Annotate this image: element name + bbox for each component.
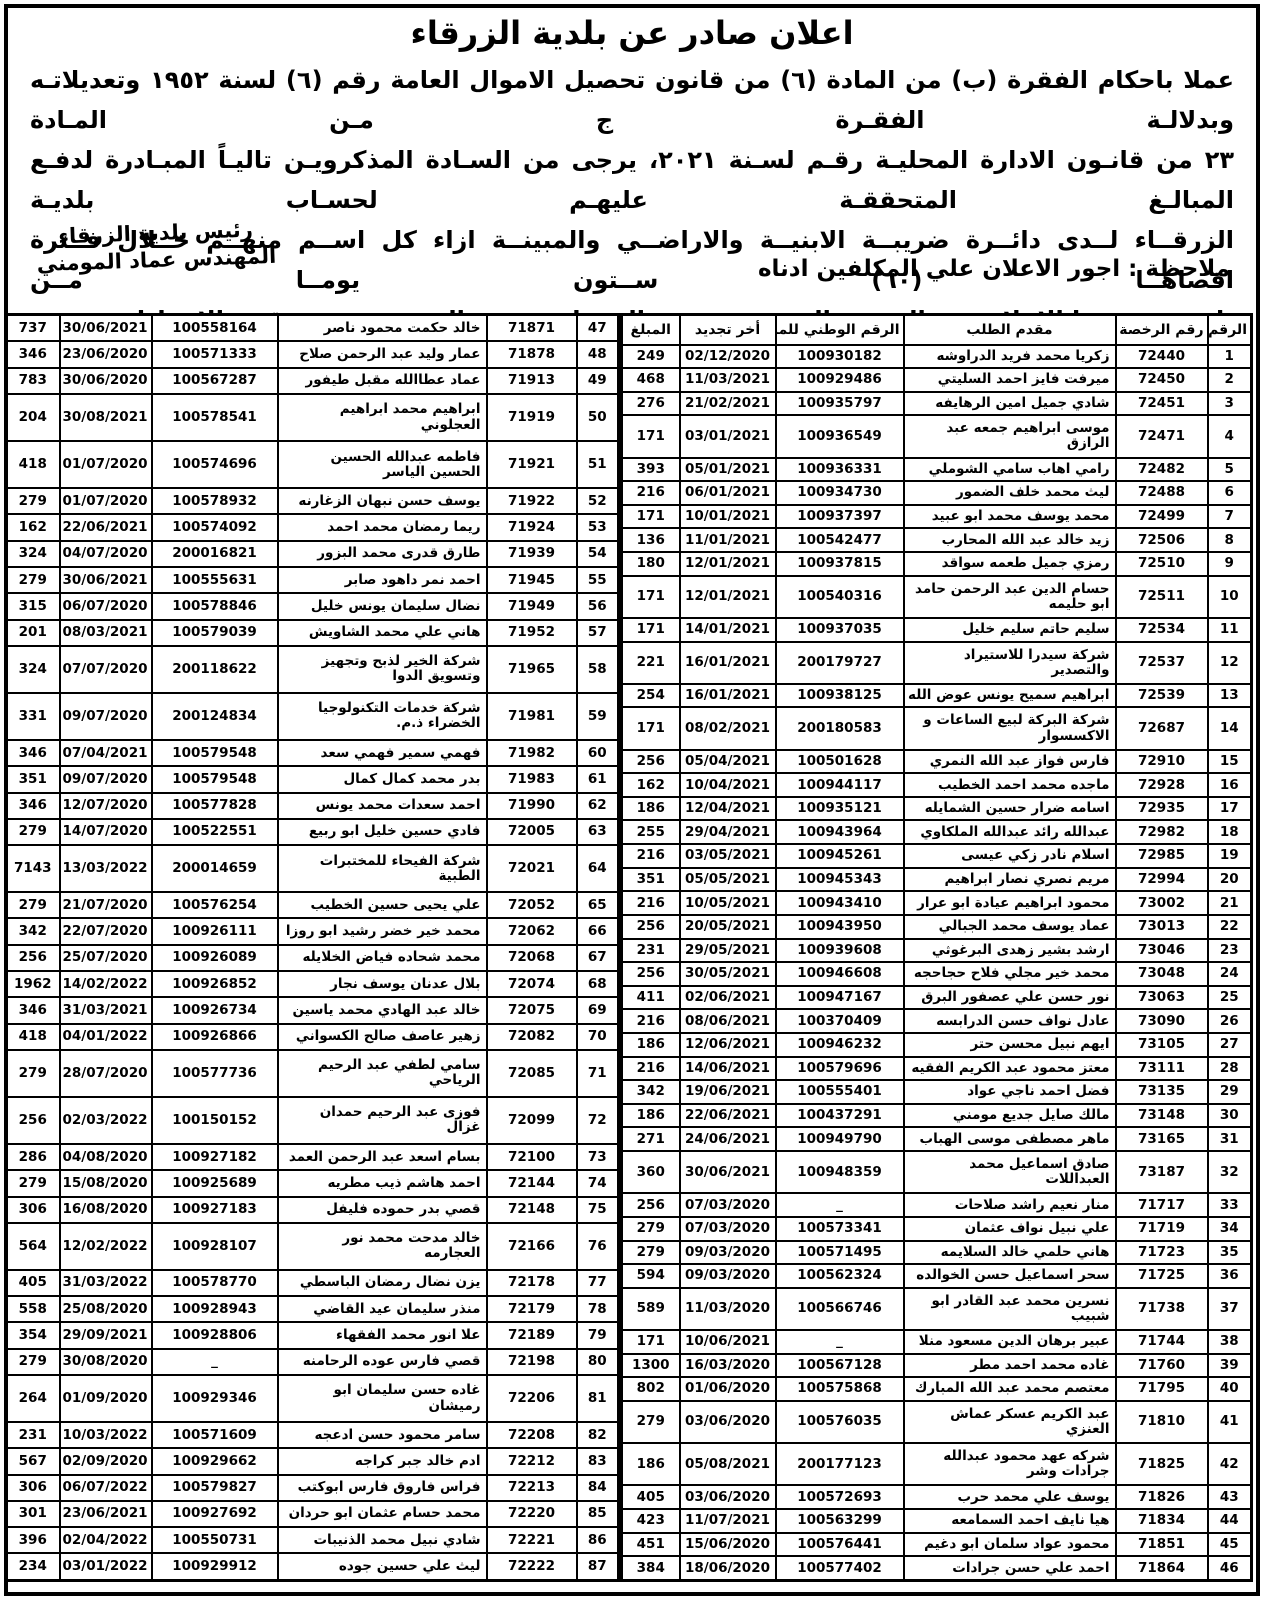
renewal-date-cell: 04/07/2020 [60,541,152,567]
table-row: 7972189علا انور محمد الفقهاء10092880629/… [6,1322,619,1348]
table-row: 8672221شادي نبيل محمد الذنيبات1005507310… [6,1527,619,1553]
national-number-cell: 100555401 [776,1080,904,1104]
license-number-cell: 72499 [1116,505,1208,529]
national-number-cell: 100943410 [776,891,904,915]
renewal-date-cell: 05/04/2021 [680,750,776,774]
table-row: 6071982فهمي سمير فهمي سعد10057954807/04/… [6,740,619,766]
row-number-cell: 16 [1208,773,1252,797]
row-number-cell: 59 [577,693,619,740]
license-number-cell: 72687 [1116,707,1208,749]
applicant-name-cell: شادي نبيل محمد الذنيبات [278,1527,487,1553]
amount-cell: 384 [622,1556,680,1580]
amount-cell: 351 [6,766,60,792]
renewal-date-cell: 08/06/2021 [680,1009,776,1033]
tables-area: الرقم رقم الرخصة مقدم الطلب الرقم الوطني… [11,313,1253,1582]
applicant-name-cell: غاده حسن سليمان ابو رميشان [278,1375,487,1422]
license-number-cell: 72910 [1116,750,1208,774]
renewal-date-cell: 12/01/2021 [680,552,776,576]
row-number-cell: 66 [577,918,619,944]
amount-cell: 204 [6,394,60,441]
license-number-cell: 71760 [1116,1354,1208,1378]
license-number-cell: 72082 [487,1024,577,1050]
renewal-date-cell: 30/08/2021 [60,394,152,441]
applicant-name-cell: احمد سعدات محمد يونس [278,793,487,819]
national-number-cell: 100928943 [152,1296,278,1322]
amount-cell: 567 [6,1448,60,1474]
renewal-date-cell: 25/07/2020 [60,945,152,971]
license-number-cell: 71982 [487,740,577,766]
applicant-name-cell: محمود عواد سلمان ابو دغيم [904,1533,1116,1557]
amount-cell: 405 [6,1270,60,1296]
table-row: 3173165ماهر مصطفى موسى الهباب10094979024… [622,1127,1252,1151]
license-number-cell: 71723 [1116,1241,1208,1265]
national-number-cell: 100572693 [776,1485,904,1509]
row-number-cell: 39 [1208,1354,1252,1378]
table-row: 3871744عبير برهان الدين مسعود منلا_10/06… [622,1330,1252,1354]
table-row: 1872982عبدالله رائد عبدالله الملكاوي1009… [622,820,1252,844]
license-number-cell: 72982 [1116,820,1208,844]
row-number-cell: 45 [1208,1533,1252,1557]
applicant-name-cell: ادم خالد جبر كراجه [278,1448,487,1474]
amount-cell: 171 [622,618,680,642]
table-row: 472471موسى ابراهيم جمعه عبد الرازق100936… [622,415,1252,457]
amount-cell: 1300 [622,1354,680,1378]
row-number-cell: 3 [1208,392,1252,416]
applicant-name-cell: بدر محمد كمال كمال [278,766,487,792]
amount-cell: 1962 [6,971,60,997]
table-row: 1372539ابراهيم سميح يونس عوض الله1009381… [622,684,1252,708]
license-number-cell: 71738 [1116,1288,1208,1330]
national-number-cell: 100577402 [776,1556,904,1580]
license-number-cell: 73105 [1116,1033,1208,1057]
row-number-cell: 44 [1208,1509,1252,1533]
renewal-date-cell: 04/08/2020 [60,1144,152,1170]
license-number-cell: 72213 [487,1475,577,1501]
table-row: 3471719علي نبيل نواف عثمان10057334107/03… [622,1217,1252,1241]
applicant-name-cell: فوزى عبد الرحيم حمدان غزال [278,1097,487,1144]
row-number-cell: 25 [1208,986,1252,1010]
row-number-cell: 2 [1208,368,1252,392]
renewal-date-cell: 16/01/2021 [680,684,776,708]
national-number-cell: 100937397 [776,505,904,529]
renewal-date-cell: 24/06/2021 [680,1127,776,1151]
applicant-name-cell: عبدالله رائد عبدالله الملكاوي [904,820,1116,844]
amount-cell: 306 [6,1475,60,1501]
national-number-cell: 100571609 [152,1422,278,1448]
renewal-date-cell: 23/06/2020 [60,341,152,367]
applicant-name-cell: علا انور محمد الفقهاء [278,1322,487,1348]
table-row: 6572052علي يحيى حسين الخطيب10057625421/0… [6,892,619,918]
license-number-cell: 71871 [487,315,577,342]
license-number-cell: 71717 [1116,1193,1208,1217]
renewal-date-cell: 08/03/2021 [60,620,152,646]
amount-cell: 279 [6,488,60,514]
applicant-name-cell: زكريا محمد فريد الدراوشه [904,345,1116,369]
applicant-name-cell: عبد الكريم عسكر عماش العنزي [904,1401,1116,1443]
applicant-name-cell: فاطمه عبدالله الحسين الحسين الياسر [278,441,487,488]
amount-cell: 216 [622,481,680,505]
amount-cell: 279 [622,1217,680,1241]
applicant-name-cell: ابراهيم محمد ابراهيم العجلوني [278,394,487,441]
renewal-date-cell: 31/03/2021 [60,997,152,1023]
applicant-name-cell: شادي جميل امين الرهايفه [904,392,1116,416]
row-number-cell: 85 [577,1501,619,1527]
license-number-cell: 72179 [487,1296,577,1322]
renewal-date-cell: 30/08/2020 [60,1349,152,1375]
table-row: 6872074بلال عدنان يوسف نجار10092685214/0… [6,971,619,997]
license-number-cell: 72206 [487,1375,577,1422]
table-row: 2773105ايهم نبيل محسن حتر10094623212/06/… [622,1033,1252,1057]
table-row: 8772222ليث علي حسين جوده10092991203/01/2… [6,1553,619,1580]
row-number-cell: 13 [1208,684,1252,708]
applicant-name-cell: رامي اهاب سامي الشوملي [904,458,1116,482]
applicant-name-cell: هاني حلمي خالد السلايمه [904,1241,1116,1265]
license-number-cell: 72189 [487,1322,577,1348]
national-number-cell: 100574092 [152,514,278,540]
national-number-cell: 100579548 [152,740,278,766]
row-number-cell: 4 [1208,415,1252,457]
applicant-name-cell: ماهر مصطفى موسى الهباب [904,1127,1116,1151]
amount-cell: 301 [6,1501,60,1527]
table-row: 5171921فاطمه عبدالله الحسين الحسين الياس… [6,441,619,488]
national-number-cell: 100926734 [152,997,278,1023]
national-number-cell: 100555631 [152,567,278,593]
applicant-name-cell: سامر محمود حسن ادعجه [278,1422,487,1448]
row-number-cell: 26 [1208,1009,1252,1033]
license-number-cell: 71919 [487,394,577,441]
table-row: 8572220محمد حسام عثمان ابو حردان10092769… [6,1501,619,1527]
amount-cell: 162 [6,514,60,540]
applicant-name-cell: شركة البركة لبيع الساعات و الاكسسوار [904,707,1116,749]
row-number-cell: 75 [577,1197,619,1223]
renewal-date-cell: 30/06/2021 [680,1151,776,1193]
renewal-date-cell: 04/01/2022 [60,1024,152,1050]
applicant-name-cell: علي يحيى حسين الخطيب [278,892,487,918]
amount-cell: 256 [622,962,680,986]
amount-cell: 7143 [6,845,60,892]
license-number-cell: 72222 [487,1553,577,1580]
applicant-name-cell: خالد عبد الهادي محمد ياسين [278,997,487,1023]
national-number-cell: 100579548 [152,766,278,792]
national-number-cell: 100571495 [776,1241,904,1265]
renewal-date-cell: 31/03/2022 [60,1270,152,1296]
table-row: 7772178يزن نضال رمضان الباسطي10057877031… [6,1270,619,1296]
amount-cell: 802 [622,1377,680,1401]
amount-cell: 354 [6,1322,60,1348]
row-number-cell: 41 [1208,1401,1252,1443]
amount-cell: 231 [622,939,680,963]
license-number-cell: 73090 [1116,1009,1208,1033]
renewal-date-cell: 14/01/2021 [680,618,776,642]
amount-cell: 216 [622,1057,680,1081]
applicant-name-cell: خالد مدحت محمد نور العجارمه [278,1223,487,1270]
row-number-cell: 35 [1208,1241,1252,1265]
applicant-name-cell: عبير برهان الدين مسعود منلا [904,1330,1116,1354]
table-body-right: 172440زكريا محمد فريد الدراوشه1009301820… [622,345,1252,1581]
table-row: 8072198قصي فارس عوده الرحامنه_30/08/2020… [6,1349,619,1375]
renewal-date-cell: 18/06/2020 [680,1556,776,1580]
amount-cell: 396 [6,1527,60,1553]
amount-cell: 171 [622,415,680,457]
amount-cell: 256 [6,1097,60,1144]
license-number-cell: 72450 [1116,368,1208,392]
applicant-name-cell: محمود ابراهيم عيادة ابو عرار [904,891,1116,915]
national-number-cell: 100571333 [152,341,278,367]
national-number-cell: 100929662 [152,1448,278,1474]
national-number-cell: 200016821 [152,541,278,567]
renewal-date-cell: 02/12/2020 [680,345,776,369]
row-number-cell: 11 [1208,618,1252,642]
renewal-date-cell: 22/06/2021 [60,514,152,540]
national-number-cell: 100540316 [776,576,904,618]
national-number-cell: 100927183 [152,1197,278,1223]
amount-cell: 216 [622,844,680,868]
license-number-cell: 72221 [487,1527,577,1553]
amount-cell: 360 [622,1151,680,1193]
amount-cell: 256 [622,750,680,774]
national-number-cell: 100550731 [152,1527,278,1553]
row-number-cell: 22 [1208,915,1252,939]
renewal-date-cell: 03/01/2021 [680,415,776,457]
renewal-date-cell: 10/04/2021 [680,773,776,797]
national-number-cell: 100150152 [152,1097,278,1144]
license-number-cell: 71921 [487,441,577,488]
row-number-cell: 78 [577,1296,619,1322]
renewal-date-cell: 09/07/2020 [60,693,152,740]
renewal-date-cell: 03/05/2021 [680,844,776,868]
national-number-cell: 100943964 [776,820,904,844]
row-number-cell: 32 [1208,1151,1252,1193]
applicant-name-cell: نسرين محمد عبد القادر ابو شبيب [904,1288,1116,1330]
national-number-cell: 100576254 [152,892,278,918]
renewal-date-cell: 23/06/2021 [60,1501,152,1527]
applicant-name-cell: بلال عدنان يوسف نجار [278,971,487,997]
national-number-cell: 100926866 [152,1024,278,1050]
header-license-number: رقم الرخصة [1116,315,1208,345]
license-number-cell: 72178 [487,1270,577,1296]
table-row: 7472144احمد هاشم ذيب مطريه10092568915/08… [6,1170,619,1196]
applicant-name-cell: صادق اسماعيل محمد العبداللات [904,1151,1116,1193]
amount-cell: 423 [622,1509,680,1533]
row-number-cell: 34 [1208,1217,1252,1241]
amount-cell: 186 [622,797,680,821]
table-row: 4171810عبد الكريم عسكر عماش العنزي100576… [622,1401,1252,1443]
applicant-name-cell: معتز محمود عبد الكريم الفقيه [904,1057,1116,1081]
amount-cell: 279 [6,567,60,593]
license-number-cell: 72212 [487,1448,577,1474]
national-number-cell: 200124834 [152,693,278,740]
table-row: 1072511حسام الدين عبد الرحمن حامد ابو حل… [622,576,1252,618]
applicant-name-cell: اسلام نادر زكي عيسى [904,844,1116,868]
national-number-cell: 100501628 [776,750,904,774]
row-number-cell: 38 [1208,1330,1252,1354]
amount-cell: 451 [622,1533,680,1557]
amount-cell: 279 [6,1349,60,1375]
amount-cell: 249 [622,345,680,369]
table-row: 1172534سليم حاتم سليم خليل10093703514/01… [622,618,1252,642]
national-number-cell: 100947167 [776,986,904,1010]
license-number-cell: 71795 [1116,1377,1208,1401]
table-row: 572482رامي اهاب سامي الشوملي10093633105/… [622,458,1252,482]
table-row: 1572910فارس فواز عبد الله النمري10050162… [622,750,1252,774]
license-number-cell: 72144 [487,1170,577,1196]
amount-cell: 558 [6,1296,60,1322]
renewal-date-cell: 01/07/2020 [60,488,152,514]
applicant-name-cell: زيد خالد عبد الله المحارب [904,528,1116,552]
table-row: 3971760غاده محمد احمد مطر10056712816/03/… [622,1354,1252,1378]
renewal-date-cell: 03/06/2020 [680,1401,776,1443]
table-body-left: 4771871خالد حكمت محمود ناصر10055816430/0… [6,315,619,1581]
license-number-cell: 72208 [487,1422,577,1448]
renewal-date-cell: 09/07/2020 [60,766,152,792]
row-number-cell: 42 [1208,1443,1252,1485]
table-row: 2973135فضل احمد ناجي عواد10055540119/06/… [622,1080,1252,1104]
note-line: ملاحظة : اجور الاعلان علي المكلفين ادناه [758,256,1230,282]
national-number-cell: 100926852 [152,971,278,997]
applicant-name-cell: ليث علي حسين جوده [278,1553,487,1580]
table-row: 7372100بسام اسعد عبد الرحمن العمد1009271… [6,1144,619,1170]
national-number-cell: 100946232 [776,1033,904,1057]
amount-cell: 411 [622,986,680,1010]
table-row: 7272099فوزى عبد الرحيم حمدان غزال1001501… [6,1097,619,1144]
license-number-cell: 71810 [1116,1401,1208,1443]
license-number-cell: 71949 [487,593,577,619]
amount-cell: 286 [6,1144,60,1170]
renewal-date-cell: 14/02/2022 [60,971,152,997]
national-number-cell: _ [152,1349,278,1375]
table-row: 7172085سامي لطفي عبد الرحيم الرياحي10057… [6,1050,619,1097]
applicant-name-cell: شركة الخير لذبح وتجهيز وتسويق الدوا [278,646,487,693]
renewal-date-cell: 16/01/2021 [680,642,776,684]
row-number-cell: 19 [1208,844,1252,868]
national-number-cell: 100929346 [152,1375,278,1422]
national-number-cell: 100936549 [776,415,904,457]
national-number-cell: 100938125 [776,684,904,708]
row-number-cell: 64 [577,845,619,892]
license-number-cell: 72220 [487,1501,577,1527]
applicant-name-cell: مريم نصري نصار ابراهيم [904,868,1116,892]
row-number-cell: 49 [577,368,619,394]
applicant-name-cell: محمد شحاده فياض الخلايله [278,945,487,971]
row-number-cell: 61 [577,766,619,792]
row-number-cell: 29 [1208,1080,1252,1104]
applicant-name-cell: سليم حاتم سليم خليل [904,618,1116,642]
license-number-cell: 72021 [487,845,577,892]
table-row: 2273013عماد يوسف محمد الجبالي10094395020… [622,915,1252,939]
national-number-cell: 100577736 [152,1050,278,1097]
license-number-cell: 71826 [1116,1485,1208,1509]
row-number-cell: 1 [1208,345,1252,369]
table-row: 1972985اسلام نادر زكي عيسى10094526103/05… [622,844,1252,868]
license-number-cell: 72198 [487,1349,577,1375]
amount-cell: 231 [6,1422,60,1448]
amount-cell: 186 [622,1443,680,1485]
national-number-cell: 100946608 [776,962,904,986]
national-number-cell: 100937815 [776,552,904,576]
row-number-cell: 74 [577,1170,619,1196]
table-row: 272450ميرفت فايز احمد السليتي10092948611… [622,368,1252,392]
renewal-date-cell: 01/06/2020 [680,1377,776,1401]
amount-cell: 564 [6,1223,60,1270]
amount-cell: 216 [622,1009,680,1033]
national-number-cell: 200179727 [776,642,904,684]
table-row: 372451شادي جميل امين الرهايفه10093579721… [622,392,1252,416]
license-number-cell: 72100 [487,1144,577,1170]
applicant-name-cell: ليث محمد خلف الضمور [904,481,1116,505]
row-number-cell: 83 [577,1448,619,1474]
amount-cell: 405 [622,1485,680,1509]
row-number-cell: 72 [577,1097,619,1144]
renewal-date-cell: 30/06/2020 [60,368,152,394]
national-number-cell: 100563299 [776,1509,904,1533]
renewal-date-cell: 11/07/2021 [680,1509,776,1533]
license-number-cell: 71834 [1116,1509,1208,1533]
national-number-cell: 100567128 [776,1354,904,1378]
table-header-row: الرقم رقم الرخصة مقدم الطلب الرقم الوطني… [622,315,1252,345]
table-row: 5071919ابراهيم محمد ابراهيم العجلوني1005… [6,394,619,441]
renewal-date-cell: 22/07/2020 [60,918,152,944]
license-number-cell: 72075 [487,997,577,1023]
renewal-date-cell: 15/06/2020 [680,1533,776,1557]
table-row: 4271825شركه عهد محمود عبدالله جرادات وشر… [622,1443,1252,1485]
national-number-cell: 100579039 [152,620,278,646]
license-number-cell: 72537 [1116,642,1208,684]
license-number-cell: 71744 [1116,1330,1208,1354]
applicant-name-cell: هيا نايف احمد السمامعه [904,1509,1116,1533]
applicant-name-cell: احمد نمر داهود صابر [278,567,487,593]
license-number-cell: 72166 [487,1223,577,1270]
national-number-cell: 100579696 [776,1057,904,1081]
applicant-name-cell: اسامه ضرار حسين الشمايله [904,797,1116,821]
row-number-cell: 12 [1208,642,1252,684]
national-number-cell: 100437291 [776,1104,904,1128]
renewal-date-cell: 29/09/2021 [60,1322,152,1348]
applicant-name-cell: نضال سليمان يونس خليل [278,593,487,619]
license-number-cell: 71878 [487,341,577,367]
license-number-cell: 71952 [487,620,577,646]
license-number-cell: 72068 [487,945,577,971]
renewal-date-cell: 13/03/2022 [60,845,152,892]
national-number-cell: 100522551 [152,819,278,845]
applicant-name-cell: عمار وليد عبد الرحمن صلاح [278,341,487,367]
amount-cell: 279 [6,1050,60,1097]
license-number-cell: 71851 [1116,1533,1208,1557]
national-number-cell: 100945343 [776,868,904,892]
renewal-date-cell: 21/02/2021 [680,392,776,416]
renewal-date-cell: 16/08/2020 [60,1197,152,1223]
license-number-cell: 72506 [1116,528,1208,552]
applicant-name-cell: فضل احمد ناجي عواد [904,1080,1116,1104]
applicant-name-cell: فادي حسين خليل ابو ربيع [278,819,487,845]
license-number-cell: 73046 [1116,939,1208,963]
renewal-date-cell: 30/06/2021 [60,567,152,593]
applicant-name-cell: زهير عاصف صالح الكسواني [278,1024,487,1050]
announcement-page: اعلان صادر عن بلدية الزرقاء عملا باحكام … [0,0,1264,1600]
amount-cell: 186 [622,1033,680,1057]
table-row: 5371924ريما رمضان محمد احمد10057409222/0… [6,514,619,540]
amount-cell: 254 [622,684,680,708]
table-row: 3671725سحر اسماعيل حسن الخوالده100562324… [622,1264,1252,1288]
renewal-date-cell: 09/03/2020 [680,1241,776,1265]
amount-cell: 276 [622,392,680,416]
national-number-cell: 100578770 [152,1270,278,1296]
license-number-cell: 73165 [1116,1127,1208,1151]
table-row: 4071795معتصم محمد عبد الله المبارك100575… [622,1377,1252,1401]
license-number-cell: 71981 [487,693,577,740]
row-number-cell: 79 [577,1322,619,1348]
national-number-cell: _ [776,1330,904,1354]
license-number-cell: 71983 [487,766,577,792]
